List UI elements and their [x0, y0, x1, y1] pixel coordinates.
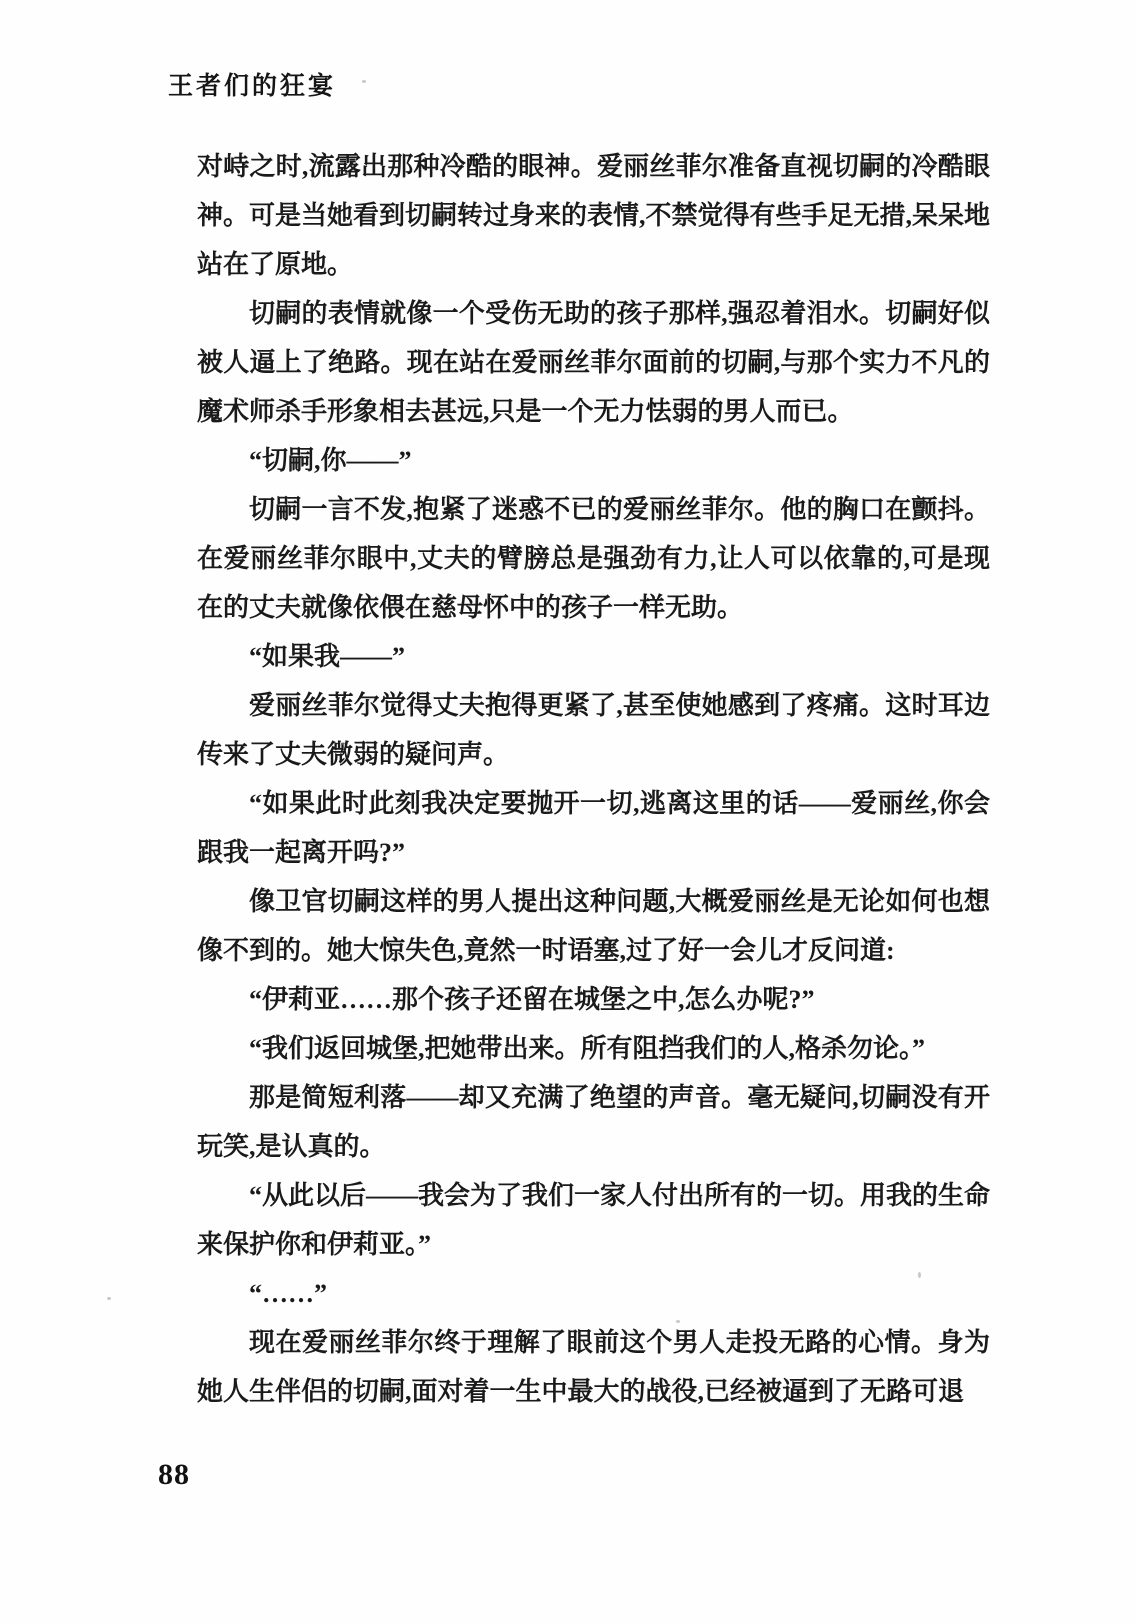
scan-speck: [676, 1320, 680, 1323]
paragraph: 对峙之时,流露出那种冷酷的眼神。爱丽丝菲尔准备直视切嗣的冷酷眼神。可是当她看到切…: [197, 142, 990, 289]
paragraph-dialogue: “……”: [197, 1269, 990, 1318]
body-text: 对峙之时,流露出那种冷酷的眼神。爱丽丝菲尔准备直视切嗣的冷酷眼神。可是当她看到切…: [197, 142, 990, 1416]
scan-speck: [362, 80, 366, 83]
paragraph-dialogue: “伊莉亚……那个孩子还留在城堡之中,怎么办呢?”: [197, 975, 990, 1024]
running-header-title: 王者们的狂宴: [168, 66, 336, 102]
paragraph: 爱丽丝菲尔觉得丈夫抱得更紧了,甚至使她感到了疼痛。这时耳边传来了丈夫微弱的疑问声…: [197, 681, 990, 779]
scan-speck: [107, 1297, 111, 1300]
paragraph-dialogue: “如果此时此刻我决定要抛开一切,逃离这里的话——爱丽丝,你会跟我一起离开吗?”: [197, 779, 990, 877]
paragraph: 切嗣一言不发,抱紧了迷惑不已的爱丽丝菲尔。他的胸口在颤抖。在爱丽丝菲尔眼中,丈夫…: [197, 485, 990, 632]
scan-speck: [342, 742, 345, 745]
page-number: 88: [158, 1458, 190, 1492]
paragraph: 像卫官切嗣这样的男人提出这种问题,大概爱丽丝是无论如何也想像不到的。她大惊失色,…: [197, 877, 990, 975]
paragraph-dialogue: “切嗣,你——”: [197, 436, 990, 485]
paragraph: 切嗣的表情就像一个受伤无助的孩子那样,强忍着泪水。切嗣好似被人逼上了绝路。现在站…: [197, 289, 990, 436]
paragraph: 现在爱丽丝菲尔终于理解了眼前这个男人走投无路的心情。身为她人生伴侣的切嗣,面对着…: [197, 1318, 990, 1416]
book-page: 王者们的狂宴 对峙之时,流露出那种冷酷的眼神。爱丽丝菲尔准备直视切嗣的冷酷眼神。…: [0, 0, 1136, 1624]
scan-speck: [918, 1272, 921, 1278]
paragraph-dialogue: “从此以后——我会为了我们一家人付出所有的一切。用我的生命来保护你和伊莉亚。”: [197, 1171, 990, 1269]
paragraph: 那是简短利落——却又充满了绝望的声音。毫无疑问,切嗣没有开玩笑,是认真的。: [197, 1073, 990, 1171]
paragraph-dialogue: “我们返回城堡,把她带出来。所有阻挡我们的人,格杀勿论。”: [197, 1024, 990, 1073]
paragraph-dialogue: “如果我——”: [197, 632, 990, 681]
